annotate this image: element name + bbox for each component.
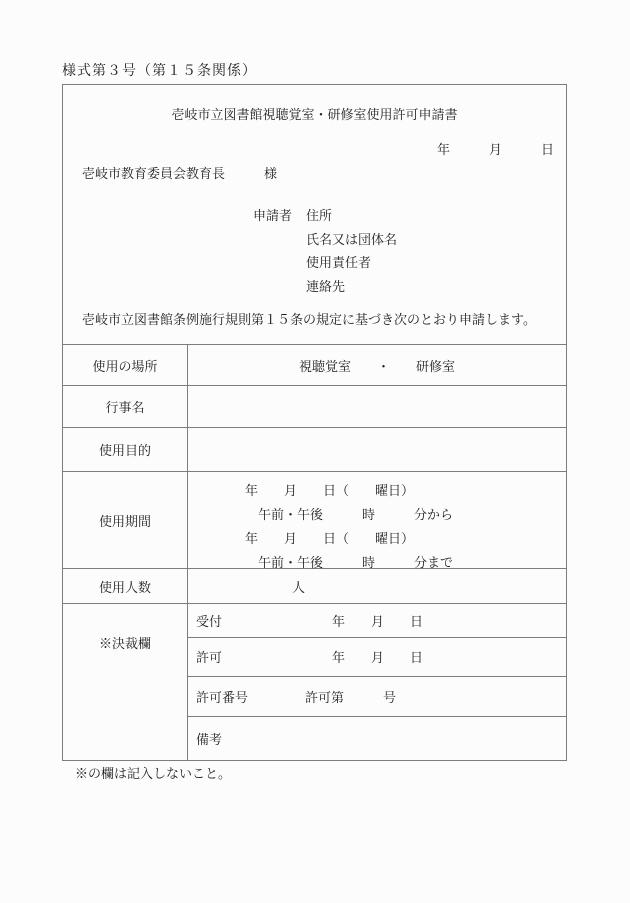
document-page: 様式第３号（第１５条関係） 壱岐市立図書館視聴覚室・研修室使用許可申請書 年 月… bbox=[0, 0, 630, 903]
period-start-date-line: 年 月 日（ 曜日） bbox=[245, 479, 566, 503]
permitted-date: 年 月 日 bbox=[332, 647, 423, 666]
row-value-place: 視聴覚室 ・ 研修室 bbox=[188, 345, 566, 385]
table-row-purpose: 使用目的 bbox=[63, 427, 566, 471]
row-label-period: 使用期間 bbox=[63, 472, 188, 568]
table-row-approval: ※決裁欄 受付 年 月 日 許可 年 月 日 許可番号 許可第 号 bbox=[63, 603, 566, 760]
table-row-people-count: 使用人数 人 bbox=[63, 568, 566, 603]
approval-subrow-permit-number: 許可番号 許可第 号 bbox=[188, 676, 566, 717]
row-value-people-count: 人 bbox=[188, 569, 566, 603]
application-date-line: 年 月 日 bbox=[437, 139, 554, 158]
approval-subrows: 受付 年 月 日 許可 年 月 日 許可番号 許可第 号 備考 bbox=[188, 604, 566, 760]
applicant-block: 申請者 住所 氏名又は団体名 使用責任者 連絡先 bbox=[253, 204, 397, 298]
row-label-place: 使用の場所 bbox=[63, 345, 188, 385]
row-value-event-name bbox=[188, 386, 566, 427]
table-row-event-name: 行事名 bbox=[63, 385, 566, 427]
period-end-date-line: 年 月 日（ 曜日） bbox=[245, 527, 566, 551]
footnote: ※の欄は記入しないこと。 bbox=[75, 763, 231, 782]
permit-number-value: 許可第 号 bbox=[305, 687, 396, 706]
row-value-period: 年 月 日（ 曜日） 午前・午後 時 分から 年 月 日（ 曜日） 午前・午後 … bbox=[188, 472, 566, 568]
application-form-box: 壱岐市立図書館視聴覚室・研修室使用許可申請書 年 月 日 壱岐市教育委員会教育長… bbox=[62, 84, 567, 761]
row-label-approval: ※決裁欄 bbox=[63, 604, 188, 760]
received-date: 年 月 日 bbox=[332, 611, 423, 630]
period-start-time-line: 午前・午後 時 分から bbox=[245, 503, 566, 527]
table-row-period: 使用期間 年 月 日（ 曜日） 午前・午後 時 分から 年 月 日（ 曜日） 午… bbox=[63, 471, 566, 568]
approval-subrow-received: 受付 年 月 日 bbox=[188, 604, 566, 637]
row-label-people-count: 使用人数 bbox=[63, 569, 188, 603]
row-label-purpose: 使用目的 bbox=[63, 428, 188, 471]
permitted-label: 許可 bbox=[188, 647, 332, 666]
applicant-fields: 住所 氏名又は団体名 使用責任者 連絡先 bbox=[306, 204, 397, 298]
applicant-field-name-or-org: 氏名又は団体名 bbox=[306, 228, 397, 252]
applicant-label: 申請者 bbox=[253, 204, 292, 298]
applicant-field-responsible-person: 使用責任者 bbox=[306, 251, 397, 275]
form-number-heading: 様式第３号（第１５条関係） bbox=[62, 60, 257, 80]
row-value-purpose bbox=[188, 428, 566, 471]
applicant-field-address: 住所 bbox=[306, 204, 397, 228]
application-statement: 壱岐市立図書館条例施行規則第１５条の規定に基づき次のとおり申請します。 bbox=[82, 309, 536, 328]
application-table: 使用の場所 視聴覚室 ・ 研修室 行事名 使用目的 使用期間 年 月 日（ 曜日… bbox=[63, 344, 566, 760]
approval-subrow-permitted: 許可 年 月 日 bbox=[188, 637, 566, 676]
addressee-line: 壱岐市教育委員会教育長 様 bbox=[82, 163, 277, 182]
remarks-label: 備考 bbox=[188, 729, 222, 748]
table-row-place: 使用の場所 視聴覚室 ・ 研修室 bbox=[63, 344, 566, 385]
received-label: 受付 bbox=[188, 611, 332, 630]
approval-subrow-remarks: 備考 bbox=[188, 716, 566, 760]
form-header-section: 壱岐市立図書館視聴覚室・研修室使用許可申請書 年 月 日 壱岐市教育委員会教育長… bbox=[63, 85, 566, 344]
row-label-event-name: 行事名 bbox=[63, 386, 188, 427]
applicant-field-contact: 連絡先 bbox=[306, 275, 397, 299]
form-title: 壱岐市立図書館視聴覚室・研修室使用許可申請書 bbox=[63, 104, 566, 123]
permit-number-label: 許可番号 bbox=[188, 687, 305, 706]
